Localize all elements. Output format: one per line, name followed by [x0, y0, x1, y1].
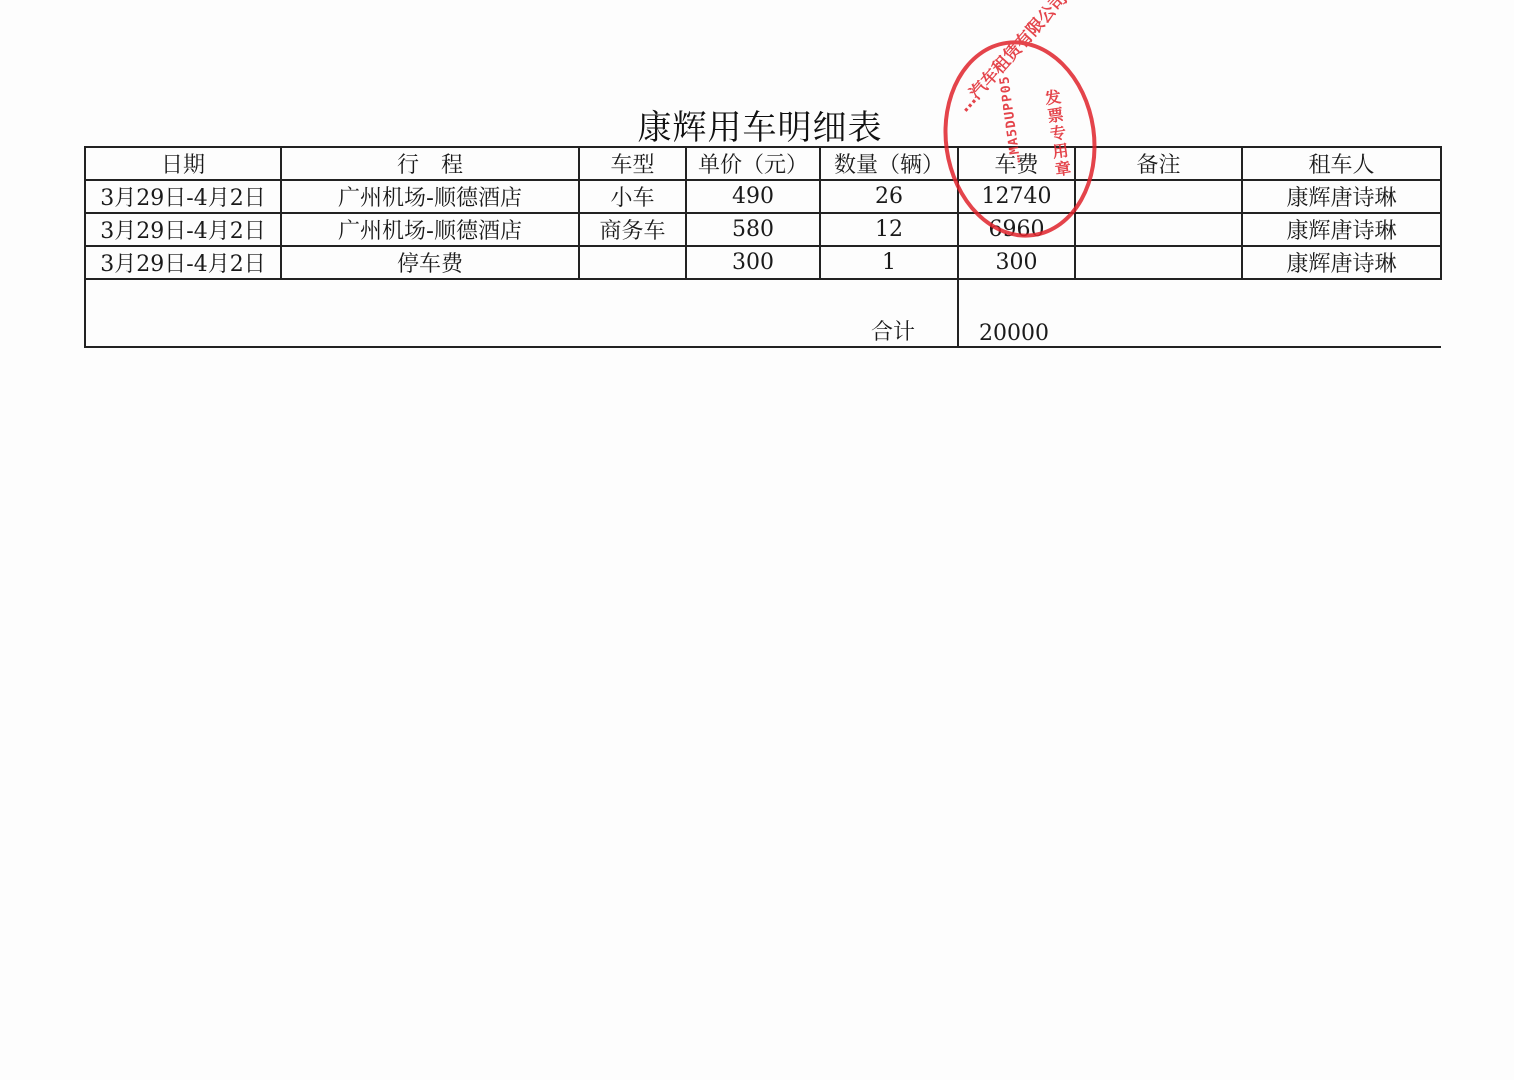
cell-trip: 广州机场-顺德酒店 — [281, 213, 579, 246]
cell-fare: 300 — [958, 246, 1075, 279]
total-label: 合计 — [85, 279, 958, 347]
total-value: 20000 — [958, 279, 1441, 347]
cell-quantity: 12 — [820, 213, 958, 246]
col-date: 日期 — [85, 147, 281, 180]
cell-renter: 康辉唐诗琳 — [1242, 246, 1441, 279]
col-remark: 备注 — [1075, 147, 1242, 180]
cell-vehicle-type — [579, 246, 686, 279]
cell-unit-price: 580 — [686, 213, 820, 246]
vehicle-usage-table: 日期 行 程 车型 单价（元） 数量（辆） 车费 备注 租车人 3月29日-4月… — [84, 146, 1442, 348]
table-row: 3月29日-4月2日 停车费 300 1 300 康辉唐诗琳 — [85, 246, 1441, 279]
cell-date: 3月29日-4月2日 — [85, 180, 281, 213]
table-row: 3月29日-4月2日 广州机场-顺德酒店 小车 490 26 12740 康辉唐… — [85, 180, 1441, 213]
table-header-row: 日期 行 程 车型 单价（元） 数量（辆） 车费 备注 租车人 — [85, 147, 1441, 180]
cell-quantity: 1 — [820, 246, 958, 279]
cell-remark — [1075, 246, 1242, 279]
col-trip: 行 程 — [281, 147, 579, 180]
document-title: 康辉用车明细表 — [560, 100, 960, 149]
cell-unit-price: 490 — [686, 180, 820, 213]
cell-fare: 12740 — [958, 180, 1075, 213]
cell-date: 3月29日-4月2日 — [85, 246, 281, 279]
cell-vehicle-type: 商务车 — [579, 213, 686, 246]
cell-remark — [1075, 213, 1242, 246]
cell-vehicle-type: 小车 — [579, 180, 686, 213]
cell-unit-price: 300 — [686, 246, 820, 279]
cell-renter: 康辉唐诗琳 — [1242, 180, 1441, 213]
total-row: 合计 20000 — [85, 279, 1441, 347]
col-fare: 车费 — [958, 147, 1075, 180]
cell-trip: 停车费 — [281, 246, 579, 279]
cell-trip: 广州机场-顺德酒店 — [281, 180, 579, 213]
col-unit-price: 单价（元） — [686, 147, 820, 180]
cell-remark — [1075, 180, 1242, 213]
cell-renter: 康辉唐诗琳 — [1242, 213, 1441, 246]
cell-quantity: 26 — [820, 180, 958, 213]
col-renter: 租车人 — [1242, 147, 1441, 180]
col-vehicle-type: 车型 — [579, 147, 686, 180]
cell-fare: 6960 — [958, 213, 1075, 246]
col-quantity: 数量（辆） — [820, 147, 958, 180]
table-row: 3月29日-4月2日 广州机场-顺德酒店 商务车 580 12 6960 康辉唐… — [85, 213, 1441, 246]
cell-date: 3月29日-4月2日 — [85, 213, 281, 246]
